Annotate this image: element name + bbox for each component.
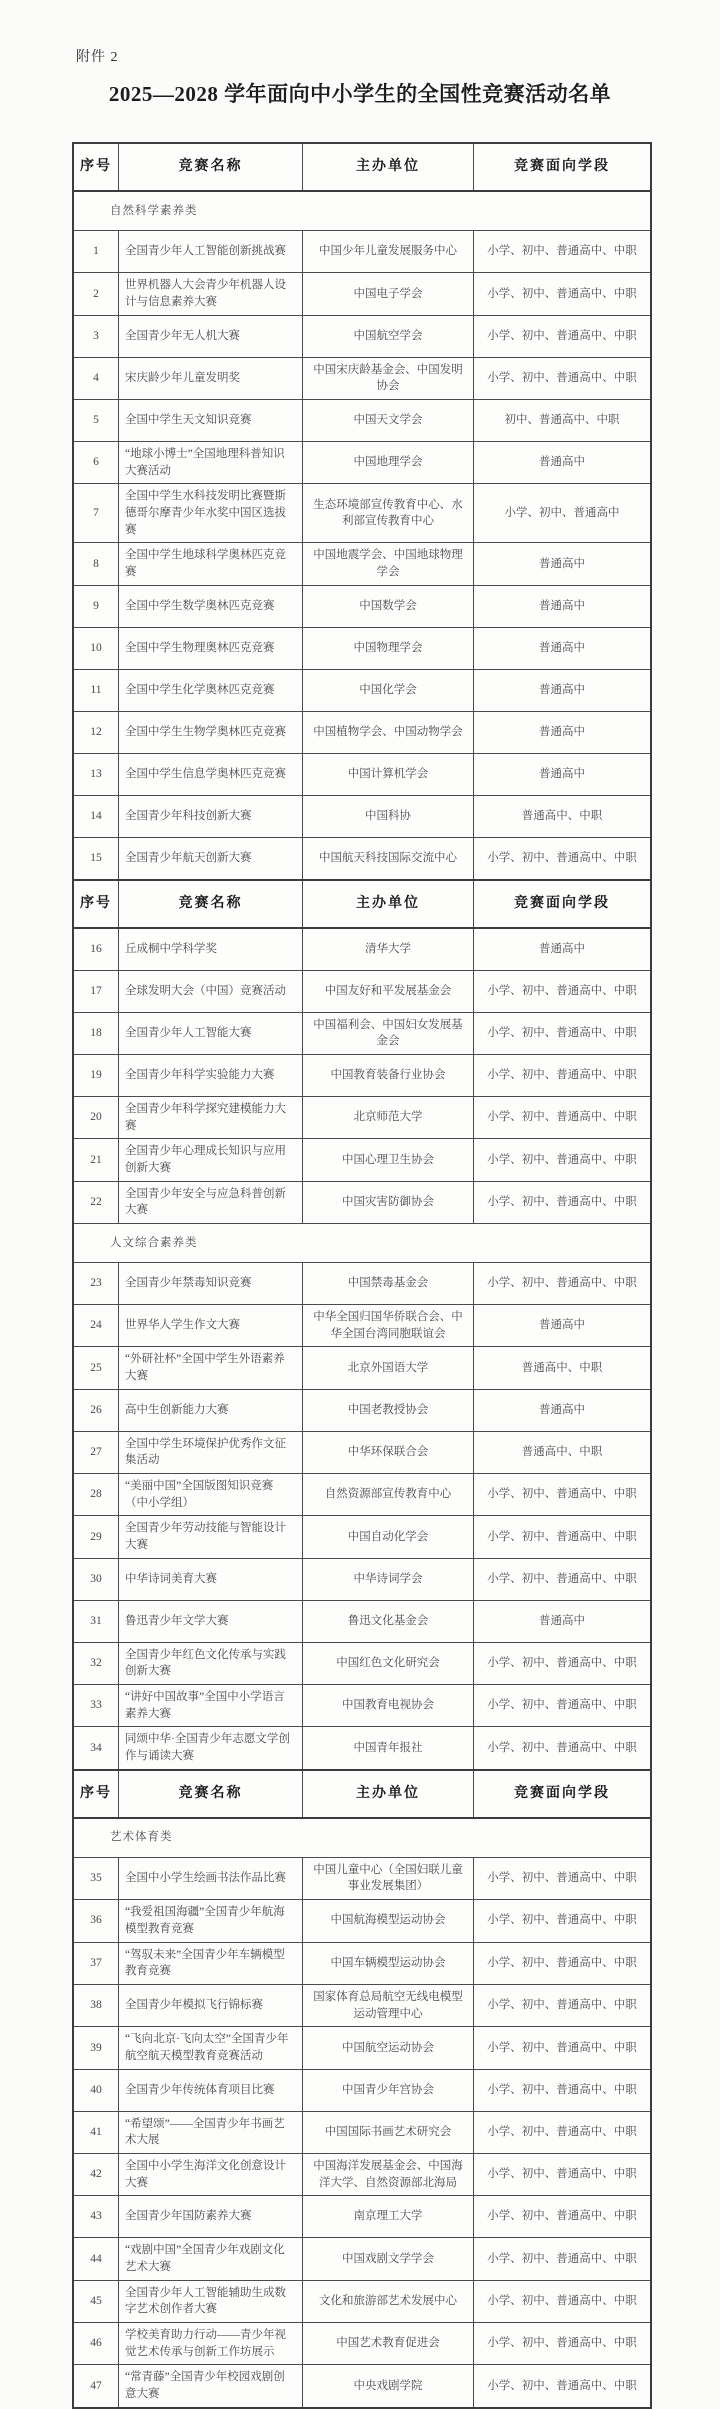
cell-index: 39 xyxy=(74,2027,118,2068)
cell-index: 13 xyxy=(74,754,118,795)
cell-host-organization: 中国艺术教育促进会 xyxy=(302,2323,473,2364)
cell-host-organization: 生态环境部宣传教育中心、水利部宣传教育中心 xyxy=(302,484,473,542)
cell-grade-levels: 小学、初中、普通高中、中职 xyxy=(473,1055,650,1096)
cell-host-organization: 中国少年儿童发展服务中心 xyxy=(302,231,473,272)
cell-competition-name: 世界机器人大会青少年机器人设计与信息素养大赛 xyxy=(118,273,302,314)
cell-competition-name: 全国中学生化学奥林匹克竞赛 xyxy=(118,670,302,711)
cell-grade-levels: 普通高中 xyxy=(473,586,650,627)
cell-grade-levels: 初中、普通高中、中职 xyxy=(473,400,650,441)
cell-host-organization: 北京外国语大学 xyxy=(302,1347,473,1388)
cell-host-organization: 中国车辆模型运动协会 xyxy=(302,1943,473,1984)
cell-index: 41 xyxy=(74,2112,118,2153)
category-label: 艺术体育类 xyxy=(74,1819,650,1857)
column-header-competition-name: 竞赛名称 xyxy=(118,144,302,190)
cell-competition-name: 高中生创新能力大赛 xyxy=(118,1390,302,1431)
cell-competition-name: 全国青少年科学实验能力大赛 xyxy=(118,1055,302,1096)
cell-index: 29 xyxy=(74,1516,118,1557)
cell-host-organization: 中国航空学会 xyxy=(302,316,473,357)
cell-grade-levels: 小学、初中、普通高中 xyxy=(473,484,650,542)
table-row: 20 全国青少年科学探究建模能力大赛 北京师范大学 小学、初中、普通高中、中职 xyxy=(74,1096,650,1138)
cell-grade-levels: 普通高中、中职 xyxy=(473,1347,650,1388)
cell-host-organization: 中国国际书画艺术研究会 xyxy=(302,2112,473,2153)
cell-host-organization: 中国自动化学会 xyxy=(302,1516,473,1557)
cell-competition-name: “希望颂”——全国青少年书画艺术大展 xyxy=(118,2112,302,2153)
cell-index: 45 xyxy=(74,2281,118,2322)
cell-competition-name: 全国青少年科技创新大赛 xyxy=(118,796,302,837)
cell-index: 15 xyxy=(74,838,118,879)
table-row: 14 全国青少年科技创新大赛 中国科协 普通高中、中职 xyxy=(74,795,650,837)
cell-index: 26 xyxy=(74,1390,118,1431)
cell-host-organization: 中国教育装备行业协会 xyxy=(302,1055,473,1096)
cell-competition-name: 全国中学生天文知识竞赛 xyxy=(118,400,302,441)
table-row: 42 全国中小学生海洋文化创意设计大赛 中国海洋发展基金会、中国海洋大学、自然资… xyxy=(74,2153,650,2195)
table-row: 39 “飞向北京·飞向太空”全国青少年航空航天模型教育竞赛活动 中国航空运动协会… xyxy=(74,2026,650,2068)
cell-competition-name: “戏剧中国”全国青少年戏剧文化艺术大赛 xyxy=(118,2238,302,2279)
cell-grade-levels: 普通高中 xyxy=(473,442,650,483)
document-page: 附件 2 2025—2028 学年面向中小学生的全国性竞赛活动名单 序号 竞赛名… xyxy=(0,0,720,2409)
table-row: 29 全国青少年劳动技能与智能设计大赛 中国自动化学会 小学、初中、普通高中、中… xyxy=(74,1515,650,1557)
cell-host-organization: 中国地震学会、中国地球物理学会 xyxy=(302,543,473,584)
cell-host-organization: 中国戏剧文学学会 xyxy=(302,2238,473,2279)
cell-competition-name: 全国中学生地球科学奥林匹克竞赛 xyxy=(118,543,302,584)
cell-grade-levels: 小学、初中、普通高中、中职 xyxy=(473,971,650,1012)
cell-index: 11 xyxy=(74,670,118,711)
cell-competition-name: 全国中学生环境保护优秀作文征集活动 xyxy=(118,1432,302,1473)
cell-competition-name: “地球小博士”全国地理科普知识大赛活动 xyxy=(118,442,302,483)
cell-competition-name: “飞向北京·飞向太空”全国青少年航空航天模型教育竞赛活动 xyxy=(118,2027,302,2068)
cell-index: 36 xyxy=(74,1900,118,1941)
cell-competition-name: 学校美育助力行动——青少年视觉艺术传承与创新工作坊展示 xyxy=(118,2323,302,2364)
cell-grade-levels: 普通高中、中职 xyxy=(473,1432,650,1473)
cell-host-organization: 中国电子学会 xyxy=(302,273,473,314)
table-row: 36 “我爱祖国海疆”全国青少年航海模型教育竞赛 中国航海模型运动协会 小学、初… xyxy=(74,1899,650,1941)
table-header-row: 序号 竞赛名称 主办单位 竞赛面向学段 xyxy=(74,144,650,190)
cell-host-organization: 中国航天科技国际交流中心 xyxy=(302,838,473,879)
table-row: 47 “常青藤”全国青少年校园戏剧创意大赛 中央戏剧学院 小学、初中、普通高中、… xyxy=(74,2364,650,2406)
cell-grade-levels: 小学、初中、普通高中、中职 xyxy=(473,1263,650,1304)
attachment-label: 附件 2 xyxy=(76,0,720,66)
cell-index: 31 xyxy=(74,1601,118,1642)
column-header-host-organization: 主办单位 xyxy=(302,1771,473,1817)
cell-competition-name: “外研社杯”全国中学生外语素养大赛 xyxy=(118,1347,302,1388)
cell-host-organization: 中央戏剧学院 xyxy=(302,2365,473,2406)
cell-index: 46 xyxy=(74,2323,118,2364)
cell-index: 9 xyxy=(74,586,118,627)
cell-competition-name: 全国青少年人工智能创新挑战赛 xyxy=(118,231,302,272)
cell-host-organization: 中国地理学会 xyxy=(302,442,473,483)
cell-host-organization: 中国航海模型运动协会 xyxy=(302,1900,473,1941)
cell-host-organization: 中国天文学会 xyxy=(302,400,473,441)
cell-grade-levels: 普通高中 xyxy=(473,1305,650,1346)
category-row: 艺术体育类 xyxy=(74,1817,650,1857)
cell-grade-levels: 小学、初中、普通高中、中职 xyxy=(473,1727,650,1768)
cell-host-organization: 中国青少年宫协会 xyxy=(302,2070,473,2111)
cell-index: 23 xyxy=(74,1263,118,1304)
cell-grade-levels: 小学、初中、普通高中、中职 xyxy=(473,2365,650,2406)
cell-index: 34 xyxy=(74,1727,118,1768)
cell-index: 8 xyxy=(74,543,118,584)
cell-competition-name: 全国青少年心理成长知识与应用创新大赛 xyxy=(118,1139,302,1180)
cell-competition-name: 鲁迅青少年文学大赛 xyxy=(118,1601,302,1642)
cell-host-organization: 清华大学 xyxy=(302,929,473,970)
cell-host-organization: 中国物理学会 xyxy=(302,628,473,669)
table-row: 13 全国中学生信息学奥林匹克竞赛 中国计算机学会 普通高中 xyxy=(74,753,650,795)
cell-grade-levels: 小学、初中、普通高中、中职 xyxy=(473,1182,650,1223)
table-row: 21 全国青少年心理成长知识与应用创新大赛 中国心理卫生协会 小学、初中、普通高… xyxy=(74,1138,650,1180)
column-header-host-organization: 主办单位 xyxy=(302,144,473,190)
cell-host-organization: 中国老教授协会 xyxy=(302,1390,473,1431)
cell-competition-name: 全国青少年航天创新大赛 xyxy=(118,838,302,879)
table-row: 31 鲁迅青少年文学大赛 鲁迅文化基金会 普通高中 xyxy=(74,1600,650,1642)
cell-host-organization: 中国数学会 xyxy=(302,586,473,627)
table-row: 7 全国中学生水科技发明比赛暨斯德哥尔摩青少年水奖中国区选拔赛 生态环境部宣传教… xyxy=(74,483,650,542)
cell-host-organization: 中华诗词学会 xyxy=(302,1559,473,1600)
table-row: 28 “美丽中国”全国版图知识竞赛（中小学组） 自然资源部宣传教育中心 小学、初… xyxy=(74,1473,650,1515)
cell-grade-levels: 小学、初中、普通高中、中职 xyxy=(473,1097,650,1138)
cell-competition-name: 全国青少年科学探究建模能力大赛 xyxy=(118,1097,302,1138)
column-header-grade-levels: 竞赛面向学段 xyxy=(473,881,650,927)
table-row: 40 全国青少年传统体育项目比赛 中国青少年宫协会 小学、初中、普通高中、中职 xyxy=(74,2069,650,2111)
table-row: 19 全国青少年科学实验能力大赛 中国教育装备行业协会 小学、初中、普通高中、中… xyxy=(74,1054,650,1096)
category-label: 人文综合素养类 xyxy=(74,1224,650,1262)
cell-index: 22 xyxy=(74,1182,118,1223)
cell-competition-name: 丘成桐中学科学奖 xyxy=(118,929,302,970)
cell-host-organization: 中国教育电视协会 xyxy=(302,1685,473,1726)
cell-competition-name: 全国中小学生海洋文化创意设计大赛 xyxy=(118,2154,302,2195)
cell-grade-levels: 小学、初中、普通高中、中职 xyxy=(473,2112,650,2153)
cell-host-organization: 中国青年报社 xyxy=(302,1727,473,1768)
cell-competition-name: “我爱祖国海疆”全国青少年航海模型教育竞赛 xyxy=(118,1900,302,1941)
table-row: 18 全国青少年人工智能大赛 中国福利会、中国妇女发展基金会 小学、初中、普通高… xyxy=(74,1012,650,1054)
cell-index: 38 xyxy=(74,1985,118,2026)
cell-host-organization: 中国福利会、中国妇女发展基金会 xyxy=(302,1013,473,1054)
column-header-host-organization: 主办单位 xyxy=(302,881,473,927)
cell-grade-levels: 小学、初中、普通高中、中职 xyxy=(473,1559,650,1600)
cell-competition-name: 全国青少年人工智能辅助生成数字艺术创作者大赛 xyxy=(118,2281,302,2322)
cell-index: 21 xyxy=(74,1139,118,1180)
cell-grade-levels: 小学、初中、普通高中、中职 xyxy=(473,1139,650,1180)
table-row: 24 世界华人学生作文大赛 中华全国归国华侨联合会、中华全国台湾同胞联谊会 普通… xyxy=(74,1304,650,1346)
cell-grade-levels: 小学、初中、普通高中、中职 xyxy=(473,231,650,272)
column-header-grade-levels: 竞赛面向学段 xyxy=(473,1771,650,1817)
table-row: 1 全国青少年人工智能创新挑战赛 中国少年儿童发展服务中心 小学、初中、普通高中… xyxy=(74,230,650,272)
cell-competition-name: 宋庆龄少年儿童发明奖 xyxy=(118,358,302,399)
cell-competition-name: 全国中小学生绘画书法作品比赛 xyxy=(118,1858,302,1899)
cell-host-organization: 鲁迅文化基金会 xyxy=(302,1601,473,1642)
cell-grade-levels: 小学、初中、普通高中、中职 xyxy=(473,1943,650,1984)
cell-competition-name: 全球发明大会（中国）竞赛活动 xyxy=(118,971,302,1012)
cell-index: 27 xyxy=(74,1432,118,1473)
cell-grade-levels: 普通高中、中职 xyxy=(473,796,650,837)
cell-host-organization: 文化和旅游部艺术发展中心 xyxy=(302,2281,473,2322)
cell-competition-name: 全国中学生信息学奥林匹克竞赛 xyxy=(118,754,302,795)
column-header-index: 序号 xyxy=(74,1771,118,1817)
table-row: 17 全球发明大会（中国）竞赛活动 中国友好和平发展基金会 小学、初中、普通高中… xyxy=(74,970,650,1012)
cell-competition-name: 全国青少年人工智能大赛 xyxy=(118,1013,302,1054)
table-row: 10 全国中学生物理奥林匹克竞赛 中国物理学会 普通高中 xyxy=(74,627,650,669)
cell-competition-name: 全国青少年禁毒知识竞赛 xyxy=(118,1263,302,1304)
table-row: 30 中华诗词美育大赛 中华诗词学会 小学、初中、普通高中、中职 xyxy=(74,1558,650,1600)
table-row: 27 全国中学生环境保护优秀作文征集活动 中华环保联合会 普通高中、中职 xyxy=(74,1431,650,1473)
cell-index: 30 xyxy=(74,1559,118,1600)
table-row: 26 高中生创新能力大赛 中国老教授协会 普通高中 xyxy=(74,1389,650,1431)
category-row: 自然科学素养类 xyxy=(74,190,650,230)
cell-index: 35 xyxy=(74,1858,118,1899)
cell-grade-levels: 小学、初中、普通高中、中职 xyxy=(473,2281,650,2322)
cell-grade-levels: 小学、初中、普通高中、中职 xyxy=(473,1900,650,1941)
cell-competition-name: 全国中学生水科技发明比赛暨斯德哥尔摩青少年水奖中国区选拔赛 xyxy=(118,484,302,542)
table-row: 33 “讲好中国故事”全国中小学语言素养大赛 中国教育电视协会 小学、初中、普通… xyxy=(74,1684,650,1726)
cell-host-organization: 中国计算机学会 xyxy=(302,754,473,795)
cell-grade-levels: 小学、初中、普通高中、中职 xyxy=(473,1985,650,2026)
cell-competition-name: 全国青少年模拟飞行锦标赛 xyxy=(118,1985,302,2026)
table-row: 5 全国中学生天文知识竞赛 中国天文学会 初中、普通高中、中职 xyxy=(74,399,650,441)
cell-index: 2 xyxy=(74,273,118,314)
cell-index: 3 xyxy=(74,316,118,357)
cell-grade-levels: 普通高中 xyxy=(473,754,650,795)
table-header-row: 序号 竞赛名称 主办单位 竞赛面向学段 xyxy=(74,879,650,927)
cell-competition-name: 全国青少年无人机大赛 xyxy=(118,316,302,357)
cell-index: 20 xyxy=(74,1097,118,1138)
cell-grade-levels: 小学、初中、普通高中、中职 xyxy=(473,316,650,357)
cell-host-organization: 中国海洋发展基金会、中国海洋大学、自然资源部北海局 xyxy=(302,2154,473,2195)
cell-host-organization: 中国红色文化研究会 xyxy=(302,1643,473,1684)
table-row: 22 全国青少年安全与应急科普创新大赛 中国灾害防御协会 小学、初中、普通高中、… xyxy=(74,1181,650,1223)
cell-competition-name: 全国青少年安全与应急科普创新大赛 xyxy=(118,1182,302,1223)
table-row: 32 全国青少年红色文化传承与实践创新大赛 中国红色文化研究会 小学、初中、普通… xyxy=(74,1642,650,1684)
cell-index: 14 xyxy=(74,796,118,837)
cell-grade-levels: 小学、初中、普通高中、中职 xyxy=(473,2154,650,2195)
column-header-index: 序号 xyxy=(74,144,118,190)
cell-grade-levels: 小学、初中、普通高中、中职 xyxy=(473,1858,650,1899)
cell-host-organization: 中国友好和平发展基金会 xyxy=(302,971,473,1012)
cell-grade-levels: 小学、初中、普通高中、中职 xyxy=(473,1643,650,1684)
cell-competition-name: “美丽中国”全国版图知识竞赛（中小学组） xyxy=(118,1474,302,1515)
table-row: 41 “希望颂”——全国青少年书画艺术大展 中国国际书画艺术研究会 小学、初中、… xyxy=(74,2111,650,2153)
competitions-table: 序号 竞赛名称 主办单位 竞赛面向学段 自然科学素养类 1 全国青少年人工智能创… xyxy=(72,142,652,2408)
cell-index: 28 xyxy=(74,1474,118,1515)
cell-grade-levels: 小学、初中、普通高中、中职 xyxy=(473,273,650,314)
table-row: 4 宋庆龄少年儿童发明奖 中国宋庆龄基金会、中国发明协会 小学、初中、普通高中、… xyxy=(74,357,650,399)
table-row: 46 学校美育助力行动——青少年视觉艺术传承与创新工作坊展示 中国艺术教育促进会… xyxy=(74,2322,650,2364)
cell-grade-levels: 小学、初中、普通高中、中职 xyxy=(473,2070,650,2111)
cell-competition-name: 全国青少年国防素养大赛 xyxy=(118,2196,302,2237)
cell-grade-levels: 普通高中 xyxy=(473,543,650,584)
category-row: 人文综合素养类 xyxy=(74,1223,650,1262)
cell-grade-levels: 小学、初中、普通高中、中职 xyxy=(473,1013,650,1054)
cell-host-organization: 中国心理卫生协会 xyxy=(302,1139,473,1180)
cell-index: 44 xyxy=(74,2238,118,2279)
table-row: 6 “地球小博士”全国地理科普知识大赛活动 中国地理学会 普通高中 xyxy=(74,441,650,483)
table-row: 2 世界机器人大会青少年机器人设计与信息素养大赛 中国电子学会 小学、初中、普通… xyxy=(74,272,650,314)
column-header-competition-name: 竞赛名称 xyxy=(118,1771,302,1817)
table-row: 35 全国中小学生绘画书法作品比赛 中国儿童中心（全国妇联儿童事业发展集团） 小… xyxy=(74,1857,650,1899)
cell-index: 33 xyxy=(74,1685,118,1726)
cell-index: 12 xyxy=(74,712,118,753)
cell-index: 19 xyxy=(74,1055,118,1096)
cell-grade-levels: 小学、初中、普通高中、中职 xyxy=(473,358,650,399)
table-row: 16 丘成桐中学科学奖 清华大学 普通高中 xyxy=(74,927,650,970)
cell-host-organization: 中国植物学会、中国动物学会 xyxy=(302,712,473,753)
cell-grade-levels: 普通高中 xyxy=(473,670,650,711)
cell-host-organization: 中国儿童中心（全国妇联儿童事业发展集团） xyxy=(302,1858,473,1899)
cell-host-organization: 北京师范大学 xyxy=(302,1097,473,1138)
table-row: 44 “戏剧中国”全国青少年戏剧文化艺术大赛 中国戏剧文学学会 小学、初中、普通… xyxy=(74,2237,650,2279)
cell-host-organization: 国家体育总局航空无线电模型运动管理中心 xyxy=(302,1985,473,2026)
table-row: 43 全国青少年国防素养大赛 南京理工大学 小学、初中、普通高中、中职 xyxy=(74,2195,650,2237)
cell-competition-name: 世界华人学生作文大赛 xyxy=(118,1305,302,1346)
cell-index: 37 xyxy=(74,1943,118,1984)
table-row: 11 全国中学生化学奥林匹克竞赛 中国化学会 普通高中 xyxy=(74,669,650,711)
cell-host-organization: 中华全国归国华侨联合会、中华全国台湾同胞联谊会 xyxy=(302,1305,473,1346)
cell-host-organization: 中国禁毒基金会 xyxy=(302,1263,473,1304)
cell-grade-levels: 小学、初中、普通高中、中职 xyxy=(473,2196,650,2237)
cell-grade-levels: 小学、初中、普通高中、中职 xyxy=(473,2323,650,2364)
column-header-index: 序号 xyxy=(74,881,118,927)
cell-index: 42 xyxy=(74,2154,118,2195)
page-title: 2025—2028 学年面向中小学生的全国性竞赛活动名单 xyxy=(40,81,680,108)
cell-host-organization: 自然资源部宣传教育中心 xyxy=(302,1474,473,1515)
cell-index: 32 xyxy=(74,1643,118,1684)
cell-index: 25 xyxy=(74,1347,118,1388)
cell-grade-levels: 普通高中 xyxy=(473,929,650,970)
cell-competition-name: 全国青少年传统体育项目比赛 xyxy=(118,2070,302,2111)
cell-index: 4 xyxy=(74,358,118,399)
cell-competition-name: 全国中学生数学奥林匹克竞赛 xyxy=(118,586,302,627)
cell-host-organization: 南京理工大学 xyxy=(302,2196,473,2237)
cell-grade-levels: 普通高中 xyxy=(473,1601,650,1642)
table-row: 38 全国青少年模拟飞行锦标赛 国家体育总局航空无线电模型运动管理中心 小学、初… xyxy=(74,1984,650,2026)
table-header-row: 序号 竞赛名称 主办单位 竞赛面向学段 xyxy=(74,1769,650,1817)
cell-host-organization: 中国宋庆龄基金会、中国发明协会 xyxy=(302,358,473,399)
table-row: 3 全国青少年无人机大赛 中国航空学会 小学、初中、普通高中、中职 xyxy=(74,315,650,357)
cell-competition-name: “讲好中国故事”全国中小学语言素养大赛 xyxy=(118,1685,302,1726)
cell-grade-levels: 小学、初中、普通高中、中职 xyxy=(473,1474,650,1515)
cell-grade-levels: 普通高中 xyxy=(473,712,650,753)
cell-competition-name: 全国青少年劳动技能与智能设计大赛 xyxy=(118,1516,302,1557)
table-row: 15 全国青少年航天创新大赛 中国航天科技国际交流中心 小学、初中、普通高中、中… xyxy=(74,837,650,879)
cell-index: 1 xyxy=(74,231,118,272)
cell-index: 18 xyxy=(74,1013,118,1054)
cell-index: 24 xyxy=(74,1305,118,1346)
table-row: 23 全国青少年禁毒知识竞赛 中国禁毒基金会 小学、初中、普通高中、中职 xyxy=(74,1262,650,1304)
cell-index: 10 xyxy=(74,628,118,669)
category-label: 自然科学素养类 xyxy=(74,192,650,230)
table-row: 34 同颂中华·全国青少年志愿文学创作与诵读大赛 中国青年报社 小学、初中、普通… xyxy=(74,1726,650,1768)
cell-index: 47 xyxy=(74,2365,118,2406)
cell-index: 6 xyxy=(74,442,118,483)
cell-host-organization: 中国化学会 xyxy=(302,670,473,711)
cell-host-organization: 中国科协 xyxy=(302,796,473,837)
cell-index: 7 xyxy=(74,484,118,542)
cell-index: 17 xyxy=(74,971,118,1012)
cell-grade-levels: 普通高中 xyxy=(473,628,650,669)
cell-index: 43 xyxy=(74,2196,118,2237)
cell-competition-name: 全国中学生生物学奥林匹克竞赛 xyxy=(118,712,302,753)
column-header-competition-name: 竞赛名称 xyxy=(118,881,302,927)
cell-grade-levels: 小学、初中、普通高中、中职 xyxy=(473,838,650,879)
cell-index: 5 xyxy=(74,400,118,441)
cell-grade-levels: 小学、初中、普通高中、中职 xyxy=(473,1516,650,1557)
table-row: 9 全国中学生数学奥林匹克竞赛 中国数学会 普通高中 xyxy=(74,585,650,627)
table-row: 25 “外研社杯”全国中学生外语素养大赛 北京外国语大学 普通高中、中职 xyxy=(74,1346,650,1388)
cell-host-organization: 中国航空运动协会 xyxy=(302,2027,473,2068)
table-row: 12 全国中学生生物学奥林匹克竞赛 中国植物学会、中国动物学会 普通高中 xyxy=(74,711,650,753)
column-header-grade-levels: 竞赛面向学段 xyxy=(473,144,650,190)
cell-grade-levels: 普通高中 xyxy=(473,1390,650,1431)
cell-competition-name: 中华诗词美育大赛 xyxy=(118,1559,302,1600)
cell-index: 16 xyxy=(74,929,118,970)
cell-competition-name: “驾驭未来”全国青少年车辆模型教育竞赛 xyxy=(118,1943,302,1984)
cell-competition-name: 全国青少年红色文化传承与实践创新大赛 xyxy=(118,1643,302,1684)
cell-host-organization: 中国灾害防御协会 xyxy=(302,1182,473,1223)
table-row: 8 全国中学生地球科学奥林匹克竞赛 中国地震学会、中国地球物理学会 普通高中 xyxy=(74,542,650,584)
cell-competition-name: 同颂中华·全国青少年志愿文学创作与诵读大赛 xyxy=(118,1727,302,1768)
cell-grade-levels: 小学、初中、普通高中、中职 xyxy=(473,2238,650,2279)
cell-competition-name: 全国中学生物理奥林匹克竞赛 xyxy=(118,628,302,669)
cell-index: 40 xyxy=(74,2070,118,2111)
cell-competition-name: “常青藤”全国青少年校园戏剧创意大赛 xyxy=(118,2365,302,2406)
cell-grade-levels: 小学、初中、普通高中、中职 xyxy=(473,2027,650,2068)
table-row: 45 全国青少年人工智能辅助生成数字艺术创作者大赛 文化和旅游部艺术发展中心 小… xyxy=(74,2280,650,2322)
cell-grade-levels: 小学、初中、普通高中、中职 xyxy=(473,1685,650,1726)
table-row: 37 “驾驭未来”全国青少年车辆模型教育竞赛 中国车辆模型运动协会 小学、初中、… xyxy=(74,1942,650,1984)
cell-host-organization: 中华环保联合会 xyxy=(302,1432,473,1473)
